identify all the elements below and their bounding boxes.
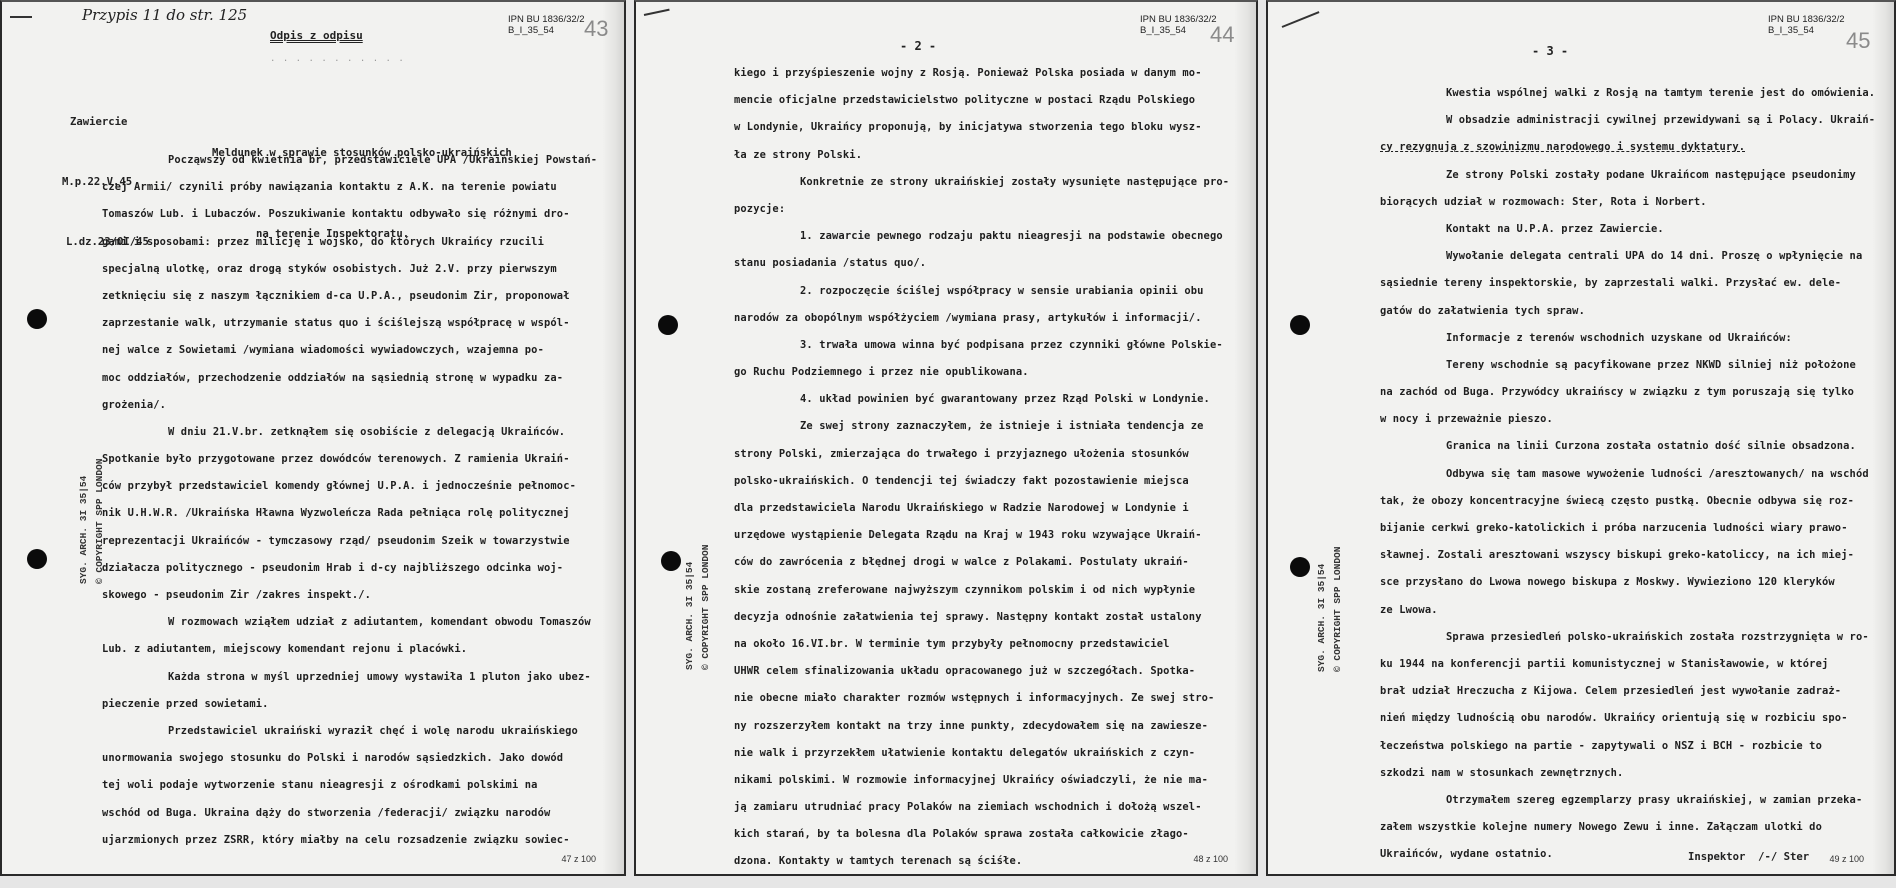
page-counter: 47 z 100: [561, 854, 596, 864]
text-line: nikami polskimi. W rozmowie informacyjne…: [734, 767, 1229, 794]
text-line: 3. trwała umowa winna być podpisana prze…: [734, 332, 1229, 359]
text-line: Tomaszów Lub. i Lubaczów. Poszukiwanie k…: [102, 201, 597, 228]
text-line: tak, że obozy koncentracyjne świecą częs…: [1380, 488, 1875, 515]
text-line: pozycje:: [734, 196, 1229, 223]
text-line: nie walk i przyrzekłem ułatwienie kontak…: [734, 740, 1229, 767]
text-line: polsko-ukraińskich. O tendencji tej świa…: [734, 468, 1229, 495]
text-line: W dniu 21.V.br. zetknąłem się osobiście …: [102, 419, 597, 446]
page-body-text: Kwestia wspólnej walki z Rosją na tamtym…: [1380, 80, 1875, 868]
punch-hole: [1290, 315, 1310, 335]
text-line: decyzja odnośnie załatwienia tej sprawy.…: [734, 604, 1229, 631]
text-line: ku 1944 na konferencji partii komunistyc…: [1380, 651, 1875, 678]
page-edge-shadow: [1872, 2, 1894, 874]
text-line: Kontakt na U.P.A. przez Zawiercie.: [1380, 216, 1875, 243]
punch-hole: [661, 551, 681, 571]
text-line: skowego - pseudonim Zir /zakres inspekt.…: [102, 582, 597, 609]
document-page-2: IPN BU 1836/32/2 B_I_35_54 44 - 2 - kieg…: [634, 0, 1258, 876]
signature: Inspektor /-/ Ster: [1688, 848, 1809, 866]
page-counter: 48 z 100: [1193, 854, 1228, 864]
text-line: sąsiednie tereny inspektorskie, by zaprz…: [1380, 270, 1875, 297]
text-line: mencie oficjalne przedstawicielstwo poli…: [734, 87, 1229, 114]
text-line: w nocy i przeważnie pieszo.: [1380, 406, 1875, 433]
text-line: biorących udział w rozmowach: Ster, Rota…: [1380, 189, 1875, 216]
text-line: moc oddziałów, przechodzenie oddziałów n…: [102, 365, 597, 392]
text-line: bijanie cerkwi greko-katolickich i próba…: [1380, 515, 1875, 542]
text-line: Sprawa przesiedleń polsko-ukraińskich zo…: [1380, 624, 1875, 651]
text-line: wschód od Buga. Ukraina dąży do stworzen…: [102, 800, 597, 827]
text-line: dzona. Kontakty w tamtych terenach są śc…: [734, 848, 1229, 875]
text-line: go Ruchu Podziemnego i przez nie opublik…: [734, 359, 1229, 386]
archive-stamp: SYG. ARCH. 3I 35|54 © COPYRIGHT SPP LOND…: [682, 545, 714, 670]
text-line: w Londynie, Ukraińcy proponują, by inicj…: [734, 114, 1229, 141]
text-line: stanu posiadania /status quo/.: [734, 250, 1229, 277]
text-line: W obsadzie administracji cywilnej przewi…: [1380, 107, 1875, 134]
archive-reference: IPN BU 1836/32/2 B_I_35_54: [1140, 14, 1217, 36]
text-line: grożenia/.: [102, 392, 597, 419]
document-page-3: IPN BU 1836/32/2 B_I_35_54 45 - 3 - Kwes…: [1266, 0, 1896, 876]
text-line: czej Armii/ czynili próby nawiązania kon…: [102, 174, 597, 201]
pen-mark: [644, 9, 670, 16]
text-line: Otrzymałem szereg egzemplarzy prasy ukra…: [1380, 787, 1875, 814]
text-line: urzędowe wystąpienie Delegata Rządu na K…: [734, 522, 1229, 549]
pen-mark: [1282, 11, 1320, 28]
text-line: łeczeństwa polskiego na partie - zapytyw…: [1380, 733, 1875, 760]
page-body-text: kiego i przyśpieszenie wojny z Rosją. Po…: [734, 60, 1229, 876]
folio-number: 43: [584, 16, 608, 42]
text-line: nej walce z Sowietami /wymiana wiadomośc…: [102, 337, 597, 364]
page-edge-shadow: [602, 2, 624, 874]
text-line: nik U.H.W.R. /Ukraińska Hławna Wyzwoleńc…: [102, 500, 597, 527]
punch-hole: [1290, 557, 1310, 577]
dotted-separator: . . . . . . . . . . .: [270, 54, 405, 64]
text-line: Lub. z adiutantem, miejscowy komendant r…: [102, 636, 597, 663]
text-line: reprezentacji Ukraińców - tymczasowy rzą…: [102, 528, 597, 555]
text-line: ny rozszerzyłem kontakt na trzy inne pun…: [734, 713, 1229, 740]
text-line: Począwszy od kwietnia br, przedstawiciel…: [102, 147, 597, 174]
text-line: Każda strona w myśl uprzedniej umowy wys…: [102, 664, 597, 691]
archive-stamp: SYG. ARCH. 3I 35|54 © COPYRIGHT SPP LOND…: [1314, 547, 1346, 672]
text-line: szkodzi nam w stosunkach zewnętrznych.: [1380, 760, 1875, 787]
text-line: Odbywa się tam masowe wywożenie ludności…: [1380, 461, 1875, 488]
text-line: gatów do załatwienia tych spraw.: [1380, 298, 1875, 325]
text-line: ze Lwowa.: [1380, 597, 1875, 624]
text-line: kiego i przyśpieszenie wojny z Rosją. Po…: [734, 60, 1229, 87]
page-edge-shadow: [1234, 2, 1256, 874]
page-number-header: - 3 -: [1532, 44, 1568, 58]
text-line: ła ze strony Polski.: [734, 142, 1229, 169]
handwritten-note: Przypis 11 do str. 125: [82, 6, 247, 24]
folio-number: 45: [1846, 28, 1870, 54]
text-line: Przedstawiciel ukraiński wyraził chęć i …: [102, 718, 597, 745]
text-line: specjalną ulotkę, oraz drogą styków osob…: [102, 256, 597, 283]
text-line: Spotkanie było przygotowane przez dowódc…: [102, 446, 597, 473]
text-line: Wywołanie delegata centrali UPA do 14 dn…: [1380, 243, 1875, 270]
text-line: załem wszystkie kolejne numery Nowego Ze…: [1380, 814, 1875, 841]
page-number-header: - 2 -: [900, 39, 936, 53]
text-line: cy rezygnują z szowinizmu narodowego i s…: [1380, 134, 1875, 161]
text-line: Ze strony Polski zostały podane Ukraińco…: [1380, 162, 1875, 189]
text-line: sławnej. Zostali aresztowani wszyscy bis…: [1380, 542, 1875, 569]
text-line: nień między ludnością obu narodów. Ukrai…: [1380, 705, 1875, 732]
text-line: strony Polski, zmierzająca do trwałego i…: [734, 441, 1229, 468]
punch-hole: [27, 309, 47, 329]
text-line: nie obecne miało charakter rozmów wstępn…: [734, 685, 1229, 712]
document-title: Odpis z odpisu: [270, 29, 363, 42]
text-line: narodów za obopólnym współżyciem /wymian…: [734, 305, 1229, 332]
punch-hole: [27, 549, 47, 569]
text-line: Kwestia wspólnej walki z Rosją na tamtym…: [1380, 80, 1875, 107]
text-line: skie zostaną zreferowane najwyższym czyn…: [734, 577, 1229, 604]
text-line: działacza politycznego - pseudonim Hrab …: [102, 555, 597, 582]
text-line: zetknięciu się z naszym łącznikiem d-ca …: [102, 283, 597, 310]
punch-hole: [658, 315, 678, 335]
archive-reference: IPN BU 1836/32/2 B_I_35_54: [1768, 14, 1845, 36]
text-line: W rozmowach wziąłem udział z adiutantem,…: [102, 609, 597, 636]
text-line: na zachód od Buga. Przywódcy ukraińscy w…: [1380, 379, 1875, 406]
text-line: ujarzmionych przez ZSRR, który miałby na…: [102, 827, 597, 854]
archive-reference: IPN BU 1836/32/2 B_I_35_54: [508, 14, 585, 36]
page-counter: 49 z 100: [1829, 854, 1864, 864]
archive-stamp: SYG. ARCH. 3I 35|54 © COPYRIGHT SPP LOND…: [76, 459, 108, 584]
text-line: tej woli podaje wytworzenie stanu nieagr…: [102, 772, 597, 799]
page-body-text: Począwszy od kwietnia br, przedstawiciel…: [102, 147, 597, 854]
text-line: 4. układ powinien być gwarantowany przez…: [734, 386, 1229, 413]
pen-mark: [10, 16, 32, 18]
document-page-1: Przypis 11 do str. 125 IPN BU 1836/32/2 …: [0, 0, 626, 876]
folio-number: 44: [1210, 22, 1234, 48]
text-line: Informacje z terenów wschodnich uzyskane…: [1380, 325, 1875, 352]
text-line: Ze swej strony zaznaczyłem, że istnieje …: [734, 413, 1229, 440]
text-line: unormowania swojego stosunku do Polski i…: [102, 745, 597, 772]
text-line: pieczenie przed sowietami.: [102, 691, 597, 718]
text-line: kich starań, by ta bolesna dla Polaków s…: [734, 821, 1229, 848]
text-line: 1. zawarcie pewnego rodzaju paktu nieagr…: [734, 223, 1229, 250]
text-line: gami i sposobami: przez milicję i wojsko…: [102, 229, 597, 256]
text-line: 2. rozpoczęcie ściślej współpracy w sens…: [734, 278, 1229, 305]
text-line: dla przedstawiciela Narodu Ukraińskiego …: [734, 495, 1229, 522]
text-line: Granica na linii Curzona została ostatni…: [1380, 433, 1875, 460]
text-line: brał udział Hreczucha z Kijowa. Celem pr…: [1380, 678, 1875, 705]
text-line: ców do zawrócenia z błędnej drogi w walc…: [734, 549, 1229, 576]
text-line: na około 16.VI.br. W terminie tym przyby…: [734, 631, 1229, 658]
text-line: sce przysłano do Lwowa nowego biskupa z …: [1380, 569, 1875, 596]
text-line: zaprzestanie walk, utrzymanie status quo…: [102, 310, 597, 337]
text-line: ców przybył przedstawiciel komendy główn…: [102, 473, 597, 500]
text-line: ją zamiaru utrudniać pracy Polaków na zi…: [734, 794, 1229, 821]
text-line: Tereny wschodnie są pacyfikowane przez N…: [1380, 352, 1875, 379]
text-line: UHWR celem sfinalizowania układu opracow…: [734, 658, 1229, 685]
text-line: Konkretnie ze strony ukraińskiej zostały…: [734, 169, 1229, 196]
